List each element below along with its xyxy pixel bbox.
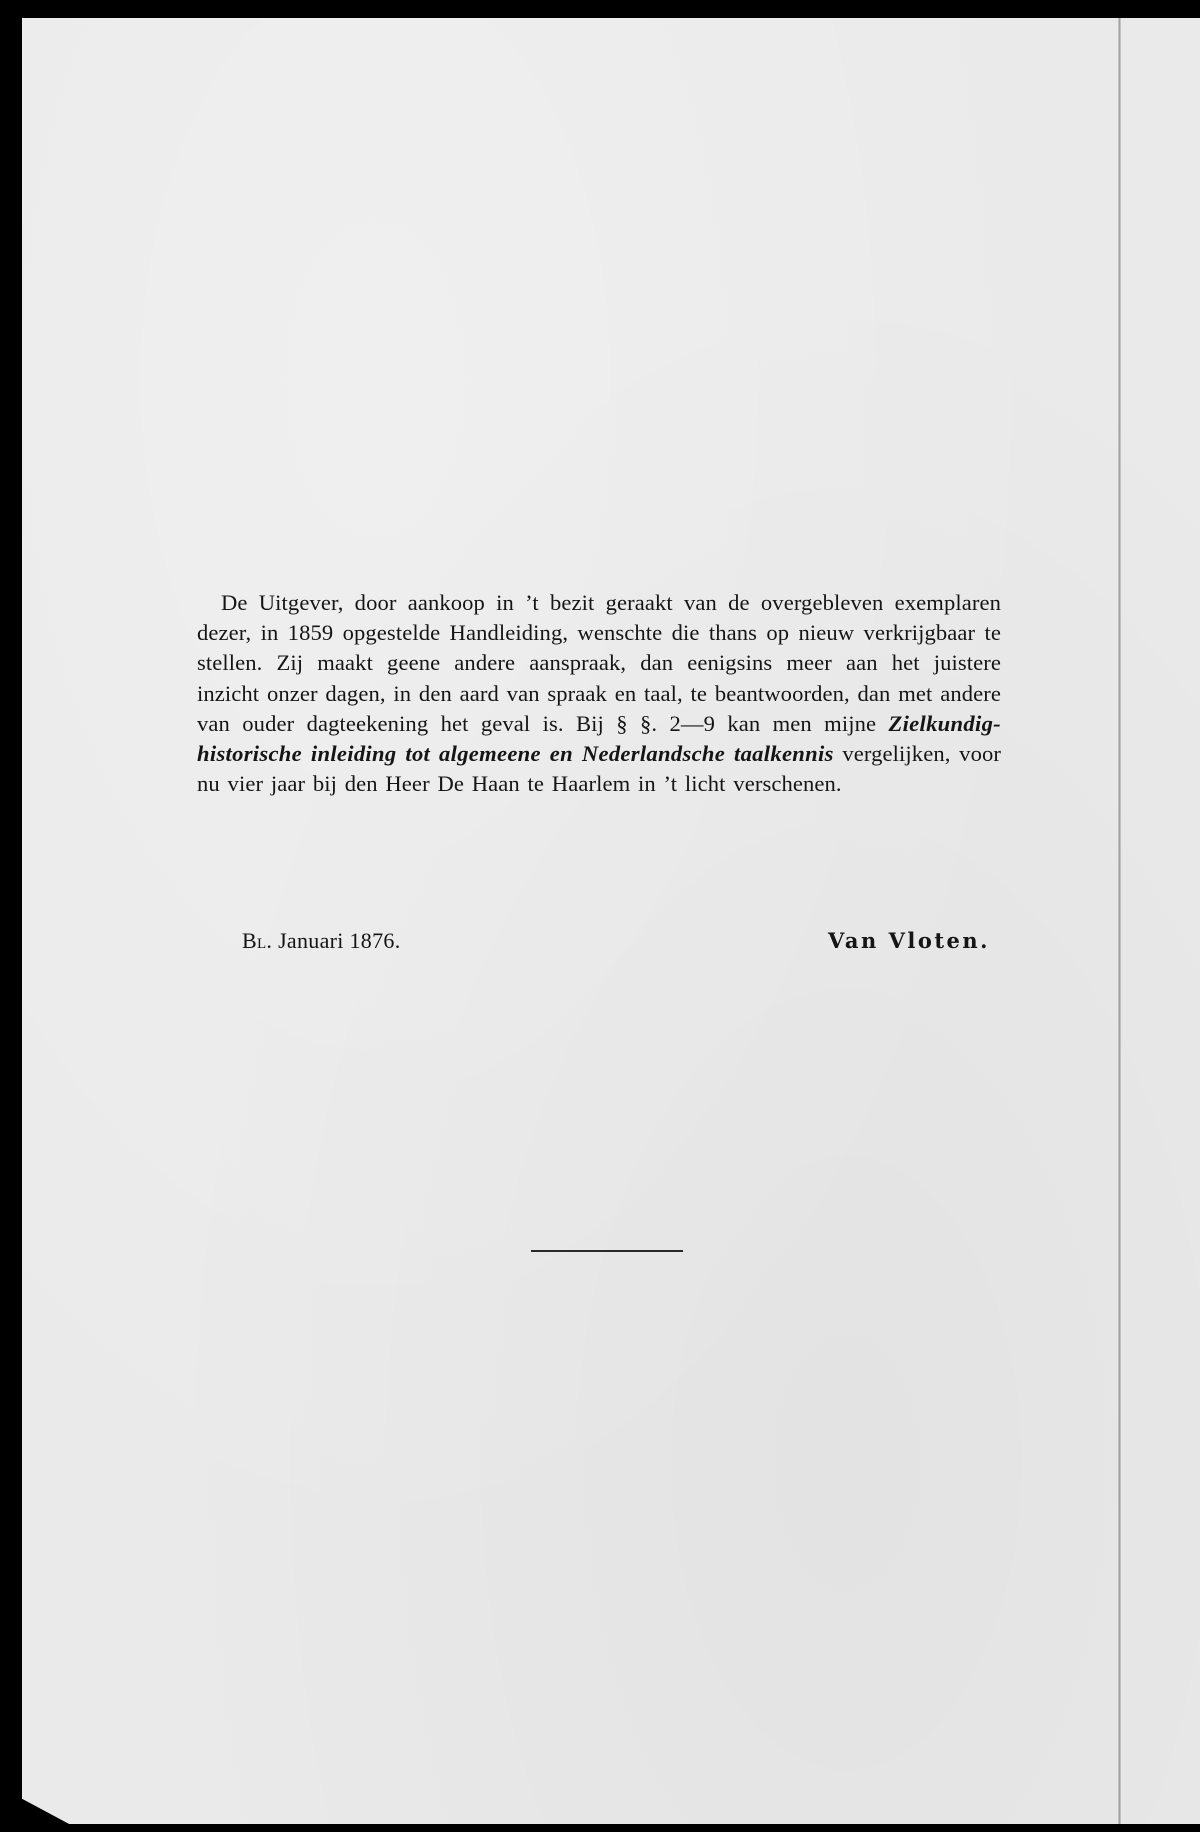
date-text: Januari 1876.: [278, 928, 400, 953]
scanned-page: De Uitgever, door aankoop in ’t bezit ge…: [22, 18, 1200, 1824]
page-fold-line: [1118, 18, 1121, 1824]
place-abbreviation: Bl.: [242, 928, 272, 953]
date-line: Bl. Januari 1876.: [242, 928, 401, 954]
note-paragraph: De Uitgever, door aankoop in ’t bezit ge…: [197, 588, 1001, 799]
publisher-note: De Uitgever, door aankoop in ’t bezit ge…: [197, 588, 1001, 799]
horizontal-rule: [531, 1250, 683, 1252]
paragraph-intro: De Uitgever, door aankoop in ’t bezit ge…: [197, 590, 1001, 736]
author-signature: Van Vloten.: [828, 928, 990, 953]
